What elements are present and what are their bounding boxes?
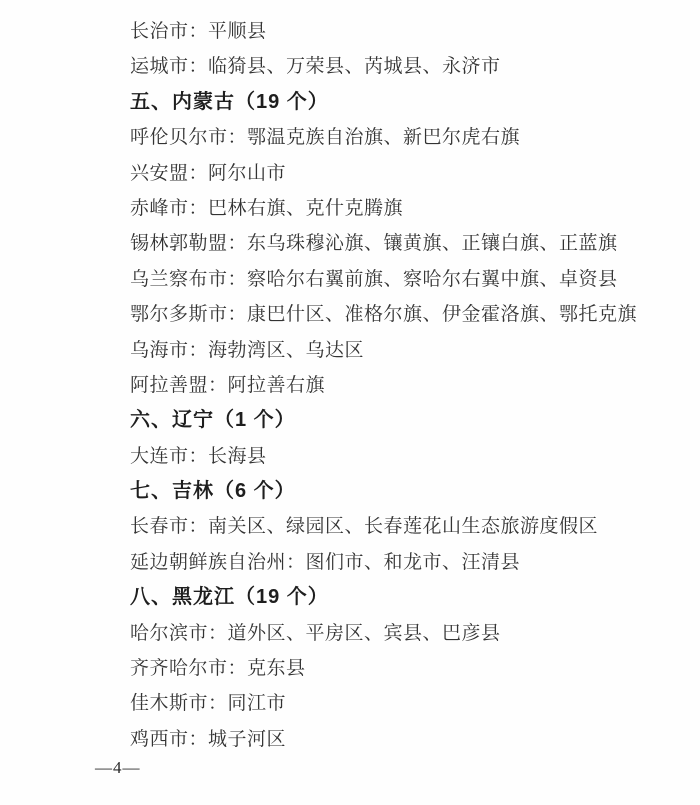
region-entry: 呼伦贝尔市：鄂温克族自治旗、新巴尔虎右旗 xyxy=(130,120,660,155)
section-heading: 八、黑龙江（19 个） xyxy=(130,580,660,615)
line-text: 七、吉林（6 个） xyxy=(130,480,296,502)
region-entry: 阿拉善盟：阿拉善右旗 xyxy=(130,368,660,403)
line-text: 延边朝鲜族自治州：图们市、和龙市、汪清县 xyxy=(130,552,520,573)
region-entry: 哈尔滨市：道外区、平房区、宾县、巴彦县 xyxy=(130,616,660,651)
line-text: 呼伦贝尔市：鄂温克族自治旗、新巴尔虎右旗 xyxy=(130,127,520,148)
section-heading: 六、辽宁（1 个） xyxy=(130,403,660,438)
region-entry: 乌兰察布市：察哈尔右翼前旗、察哈尔右翼中旗、卓资县 xyxy=(130,262,660,297)
line-text: 长春市：南关区、绿园区、长春莲花山生态旅游度假区 xyxy=(130,516,598,537)
line-text: 哈尔滨市：道外区、平房区、宾县、巴彦县 xyxy=(130,623,501,644)
region-entry: 赤峰市：巴林右旗、克什克腾旗 xyxy=(130,191,660,226)
region-entry: 延边朝鲜族自治州：图们市、和龙市、汪清县 xyxy=(130,545,660,580)
region-entry: 长春市：南关区、绿园区、长春莲花山生态旅游度假区 xyxy=(130,509,660,544)
document-page: 长治市：平顺县 运城市：临猗县、万荣县、芮城县、永济市 五、内蒙古（19 个） … xyxy=(0,0,700,805)
region-entry: 鸡西市：城子河区 xyxy=(130,722,660,757)
line-text: 兴安盟：阿尔山市 xyxy=(130,163,286,184)
region-list: 长治市：平顺县 运城市：临猗县、万荣县、芮城县、永济市 五、内蒙古（19 个） … xyxy=(130,14,660,757)
line-text: 乌海市：海勃湾区、乌达区 xyxy=(130,340,364,361)
region-entry: 乌海市：海勃湾区、乌达区 xyxy=(130,333,660,368)
region-entry: 齐齐哈尔市：克东县 xyxy=(130,651,660,686)
line-text: 佳木斯市：同江市 xyxy=(130,693,286,714)
line-text: 赤峰市：巴林右旗、克什克腾旗 xyxy=(130,198,403,219)
line-text: 乌兰察布市：察哈尔右翼前旗、察哈尔右翼中旗、卓资县 xyxy=(130,269,618,290)
line-text: 鸡西市：城子河区 xyxy=(130,729,286,750)
line-text: 五、内蒙古（19 个） xyxy=(130,91,329,113)
line-text: 大连市：长海县 xyxy=(130,446,267,467)
section-heading: 五、内蒙古（19 个） xyxy=(130,85,660,120)
region-entry: 运城市：临猗县、万荣县、芮城县、永济市 xyxy=(130,49,660,84)
region-entry: 佳木斯市：同江市 xyxy=(130,686,660,721)
region-entry: 锡林郭勒盟：东乌珠穆沁旗、镶黄旗、正镶白旗、正蓝旗 xyxy=(130,226,660,261)
section-heading: 七、吉林（6 个） xyxy=(130,474,660,509)
line-text: 锡林郭勒盟：东乌珠穆沁旗、镶黄旗、正镶白旗、正蓝旗 xyxy=(130,233,618,254)
region-entry: 长治市：平顺县 xyxy=(130,14,660,49)
region-entry: 大连市：长海县 xyxy=(130,439,660,474)
region-entry: 兴安盟：阿尔山市 xyxy=(130,156,660,191)
line-text: 八、黑龙江（19 个） xyxy=(130,586,329,608)
region-entry: 鄂尔多斯市：康巴什区、准格尔旗、伊金霍洛旗、鄂托克旗 xyxy=(130,297,660,332)
line-text: 六、辽宁（1 个） xyxy=(130,409,296,431)
line-text: 运城市：临猗县、万荣县、芮城县、永济市 xyxy=(130,56,501,77)
line-text: 阿拉善盟：阿拉善右旗 xyxy=(130,375,325,396)
line-text: 鄂尔多斯市：康巴什区、准格尔旗、伊金霍洛旗、鄂托克旗 xyxy=(130,304,637,325)
line-text: 长治市：平顺县 xyxy=(130,21,267,42)
page-number: —4— xyxy=(95,758,141,778)
line-text: 齐齐哈尔市：克东县 xyxy=(130,658,306,679)
